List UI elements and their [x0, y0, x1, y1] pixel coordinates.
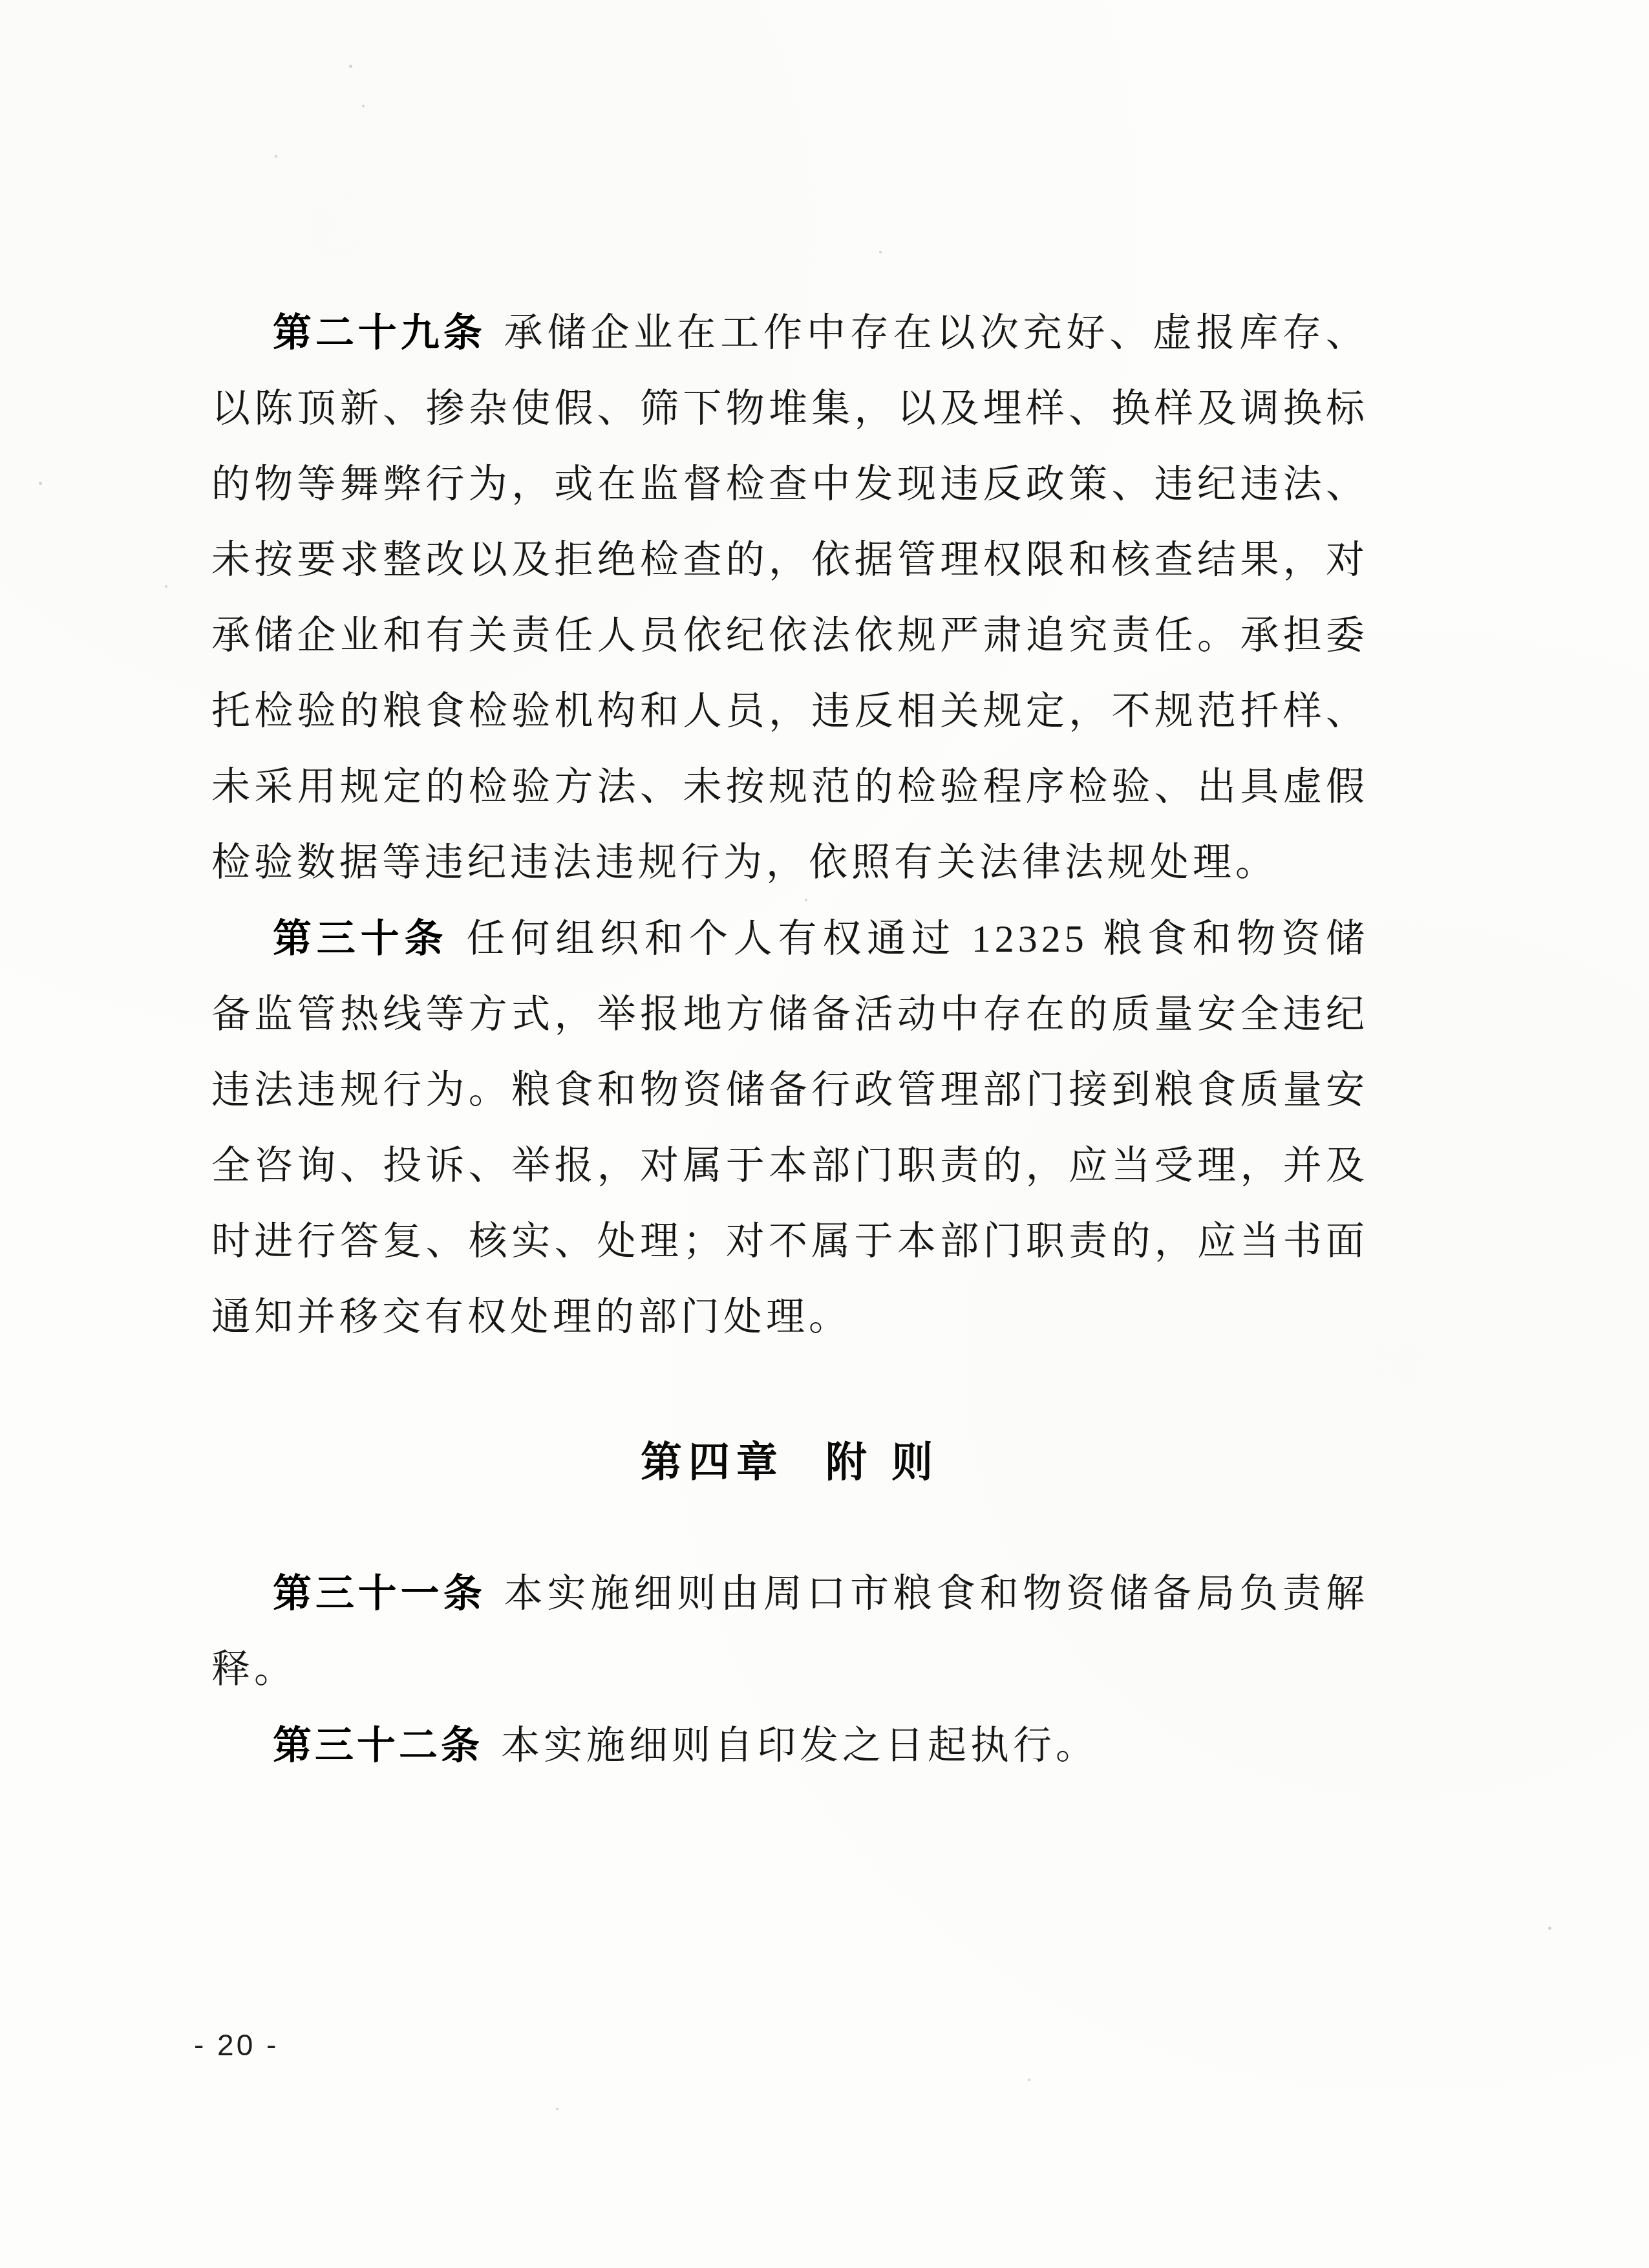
document-body: 第二十九条承储企业在工作中存在以次充好、虚报库存、以陈顶新、掺杂使假、筛下物堆集…: [211, 295, 1368, 1784]
scan-speck: [39, 482, 42, 485]
scan-speck: [1028, 2079, 1030, 2081]
scan-speck: [362, 105, 365, 107]
article-30-text: 任何组织和个人有权通过 12325 粮食和物资储备监管热线等方式，举报地方储备活…: [211, 917, 1368, 1338]
scan-speck: [275, 155, 277, 158]
article-32-paragraph: 第三十二条本实施细则自印发之日起执行。: [211, 1707, 1368, 1784]
article-29-text: 承储企业在工作中存在以次充好、虚报库存、以陈顶新、掺杂使假、筛下物堆集，以及埋样…: [211, 312, 1368, 884]
scanned-document-page: 第二十九条承储企业在工作中存在以次充好、虚报库存、以陈顶新、掺杂使假、筛下物堆集…: [0, 0, 1649, 2268]
scan-speck: [349, 65, 352, 68]
article-30-paragraph: 第三十条任何组织和个人有权通过 12325 粮食和物资储备监管热线等方式，举报地…: [211, 901, 1368, 1355]
scan-speck: [646, 1102, 649, 1105]
article-29-number: 第二十九条: [273, 311, 486, 354]
scan-speck: [1548, 1927, 1551, 1930]
article-32-text: 本实施细则自印发之日起执行。: [501, 1724, 1098, 1767]
scan-speck: [805, 899, 807, 901]
scan-speck: [879, 251, 882, 253]
chapter-heading: 第四章附 则: [211, 1424, 1368, 1500]
article-32-number: 第三十二条: [273, 1724, 483, 1767]
chapter-number: 第四章: [641, 1439, 784, 1485]
chapter-title: 附 则: [825, 1439, 939, 1485]
article-31-number: 第三十一条: [273, 1572, 486, 1615]
scan-speck: [446, 1607, 449, 1609]
article-31-paragraph: 第三十一条本实施细则由周口市粮食和物资储备局负责解释。: [211, 1556, 1368, 1707]
article-30-number: 第三十条: [273, 917, 448, 960]
page-number: - 20 -: [194, 2027, 279, 2062]
scan-speck: [556, 2108, 559, 2110]
scan-speck: [165, 585, 167, 588]
article-29-paragraph: 第二十九条承储企业在工作中存在以次充好、虚报库存、以陈顶新、掺杂使假、筛下物堆集…: [211, 295, 1368, 901]
